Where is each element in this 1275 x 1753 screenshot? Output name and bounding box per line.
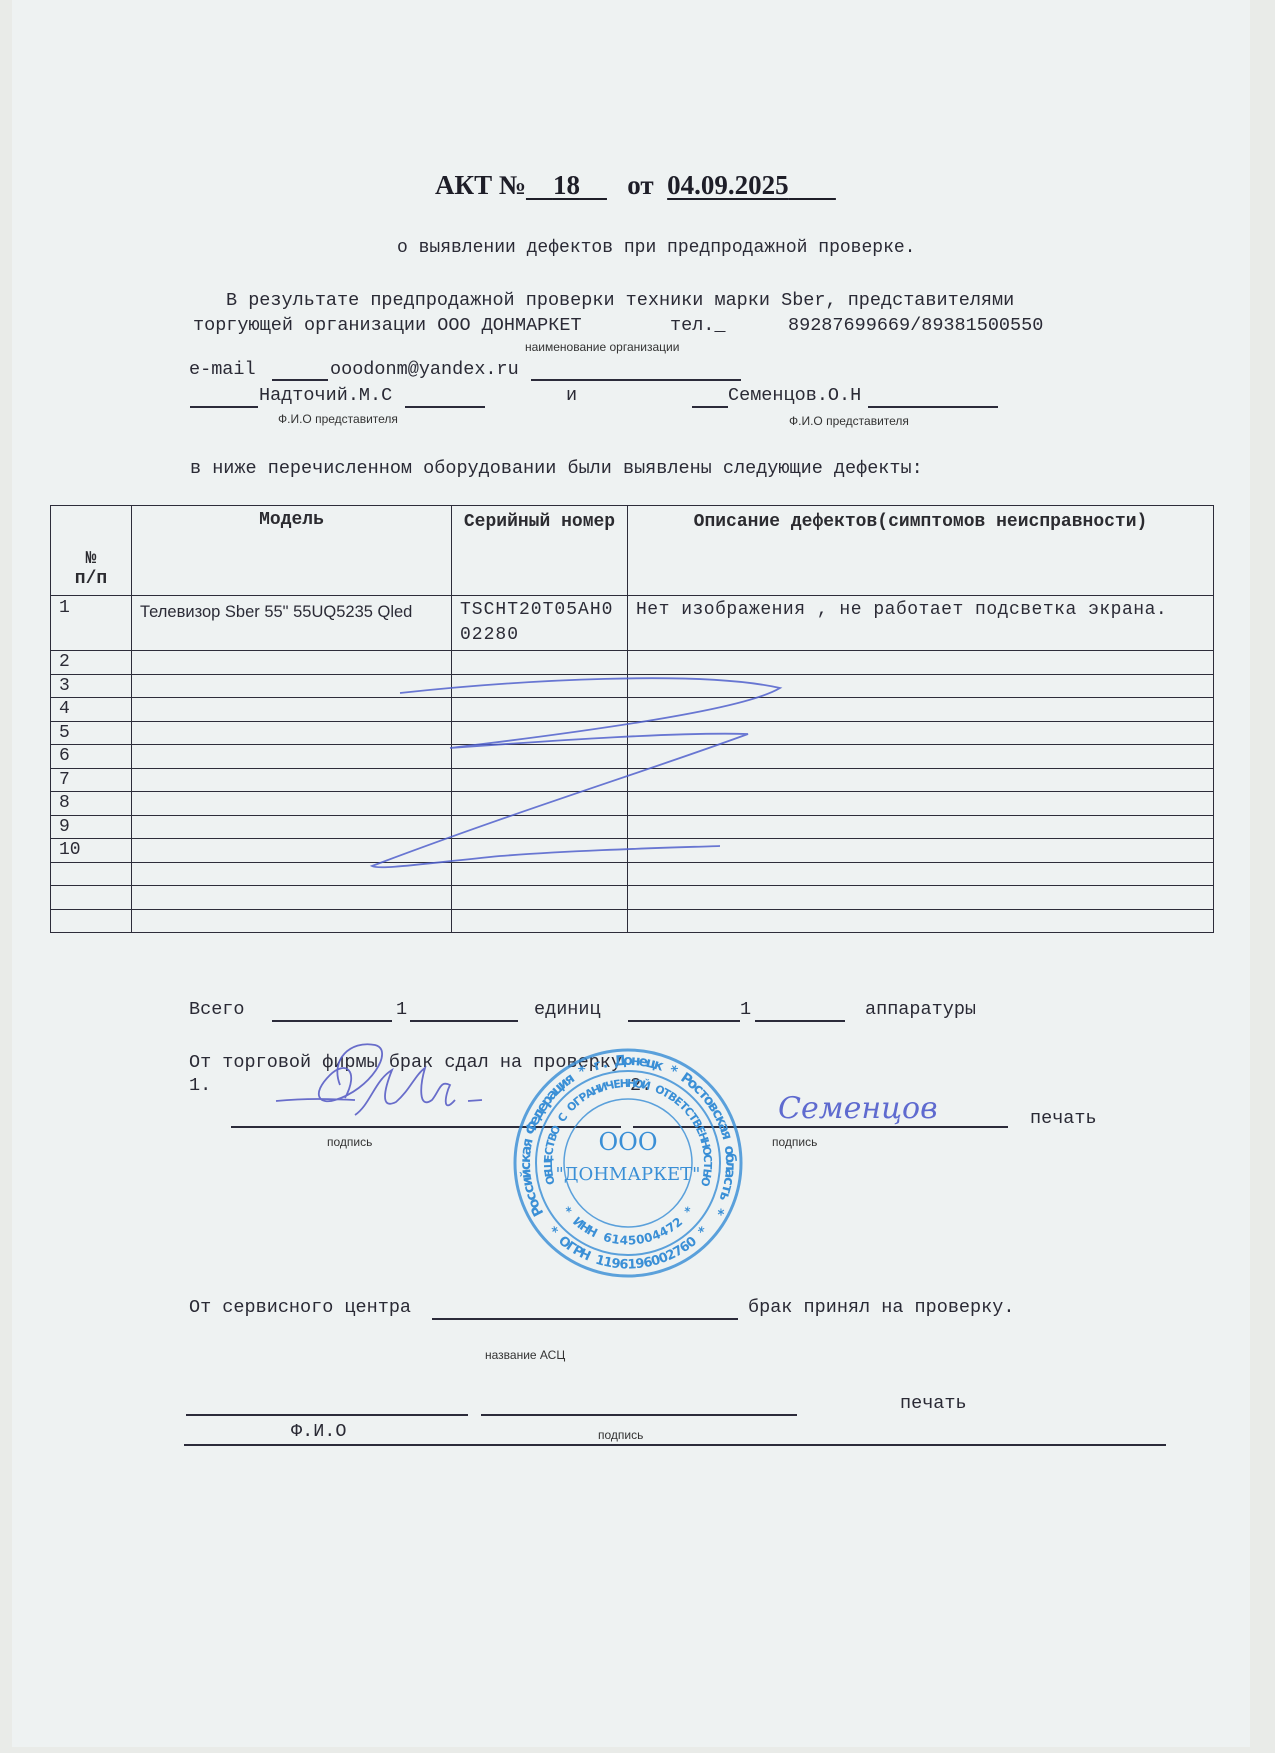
row-num: 4	[51, 698, 132, 722]
row-description	[628, 909, 1214, 933]
table-row: 3	[51, 674, 1214, 698]
act-subtitle: о выявлении дефектов при предпродажной п…	[397, 238, 915, 258]
service-signature-caption: подпись	[598, 1428, 643, 1442]
row-description: Нет изображения , не работает подсветка …	[628, 596, 1214, 651]
table-row: 1Телевизор Sber 55" 55UQ5235 QledTSCHT20…	[51, 596, 1214, 651]
row-model	[132, 745, 452, 769]
row-model	[132, 815, 452, 839]
org-line: торгующей организации ООО ДОНМАРКЕТ	[193, 315, 582, 336]
table-row: 8	[51, 792, 1214, 816]
header-model: Модель	[132, 506, 452, 596]
service-text-after: брак принял на проверку.	[748, 1297, 1014, 1318]
equipment-count: 1	[740, 999, 751, 1020]
org-caption: наименование организации	[525, 340, 679, 354]
table-row: 5	[51, 721, 1214, 745]
row-description	[628, 862, 1214, 886]
email-label: e-mail	[189, 359, 256, 380]
act-number: 18	[526, 170, 607, 200]
service-text-before: От сервисного центра	[189, 1297, 411, 1318]
row-serial	[452, 815, 628, 839]
phone-label: тел.	[670, 315, 726, 336]
totals-label: Всего	[189, 999, 245, 1020]
handover-item-2: 2.	[630, 1075, 652, 1096]
defects-table: № п/п Модель Серийный номер Описание деф…	[50, 505, 1214, 933]
org-name: ООО ДОНМАРКЕТ	[437, 315, 581, 336]
email-value: ooodonm@yandex.ru	[330, 359, 519, 380]
row-model	[132, 839, 452, 863]
row-description	[628, 674, 1214, 698]
table-row: 7	[51, 768, 1214, 792]
row-num: 7	[51, 768, 132, 792]
row-description	[628, 698, 1214, 722]
row-num: 2	[51, 651, 132, 675]
representative-2-name: Семенцов.О.Н	[728, 385, 861, 406]
service-stamp-label: печать	[900, 1393, 967, 1414]
row-model	[132, 651, 452, 675]
row-model	[132, 886, 452, 910]
table-row: 4	[51, 698, 1214, 722]
table-row: 9	[51, 815, 1214, 839]
row-serial	[452, 745, 628, 769]
row-serial	[452, 651, 628, 675]
act-title: АКТ № 18 от 04.09.2025	[435, 170, 836, 201]
row-serial	[452, 862, 628, 886]
signature-2-caption: подпись	[772, 1135, 817, 1149]
equipment-label: аппаратуры	[865, 999, 976, 1020]
and-word: и	[566, 385, 577, 406]
date-prefix: от	[627, 170, 653, 200]
row-serial	[452, 721, 628, 745]
handover-item-1: 1.	[189, 1075, 211, 1096]
row-model	[132, 698, 452, 722]
header-serial: Серийный номер	[452, 506, 628, 596]
row-description	[628, 886, 1214, 910]
asc-caption: название АСЦ	[485, 1348, 565, 1362]
table-row: 2	[51, 651, 1214, 675]
row-num: 8	[51, 792, 132, 816]
row-serial	[452, 768, 628, 792]
row-description	[628, 792, 1214, 816]
table-row	[51, 886, 1214, 910]
row-description	[628, 768, 1214, 792]
defects-intro: в ниже перечисленном оборудовании были в…	[190, 458, 923, 479]
row-model	[132, 721, 452, 745]
row-model	[132, 768, 452, 792]
row-num	[51, 909, 132, 933]
row-num: 6	[51, 745, 132, 769]
row-num	[51, 862, 132, 886]
row-description	[628, 839, 1214, 863]
row-num	[51, 886, 132, 910]
title-prefix: АКТ №	[435, 170, 526, 200]
row-serial	[452, 909, 628, 933]
row-model	[132, 674, 452, 698]
row-description	[628, 721, 1214, 745]
stamp-label: печать	[1030, 1108, 1097, 1129]
row-model: Телевизор Sber 55" 55UQ5235 Qled	[132, 596, 452, 651]
row-serial	[452, 839, 628, 863]
rep1-caption: Ф.И.О представителя	[278, 412, 398, 426]
row-model	[132, 909, 452, 933]
row-num: 1	[51, 596, 132, 651]
header-num: № п/п	[51, 506, 132, 596]
row-serial	[452, 698, 628, 722]
units-count: 1	[396, 999, 407, 1020]
phone-value: 89287699669/89381500550	[788, 315, 1043, 336]
table-row	[51, 862, 1214, 886]
row-model	[132, 792, 452, 816]
handover-text: От торговой фирмы брак сдал на проверку	[189, 1052, 622, 1073]
row-num: 3	[51, 674, 132, 698]
table-header-row: № п/п Модель Серийный номер Описание деф…	[51, 506, 1214, 596]
row-serial: TSCHT20T05AH002280	[452, 596, 628, 651]
table-row: 10	[51, 839, 1214, 863]
fio-caption: Ф.И.О	[291, 1421, 347, 1442]
row-serial	[452, 886, 628, 910]
units-label: единиц	[534, 999, 601, 1020]
row-model	[132, 862, 452, 886]
row-serial	[452, 792, 628, 816]
row-num: 9	[51, 815, 132, 839]
row-description	[628, 815, 1214, 839]
rep2-caption: Ф.И.О представителя	[789, 414, 909, 428]
representative-1-name: Надточий.М.С	[259, 385, 392, 406]
intro-line: В результате предпродажной проверки техн…	[226, 290, 1014, 311]
row-description	[628, 651, 1214, 675]
table-row	[51, 909, 1214, 933]
signature-1-caption: подпись	[327, 1135, 372, 1149]
table-row: 6	[51, 745, 1214, 769]
row-num: 5	[51, 721, 132, 745]
act-date: 04.09.2025	[667, 170, 836, 200]
row-num: 10	[51, 839, 132, 863]
header-description: Описание дефектов(симптомов неисправност…	[628, 506, 1214, 596]
row-description	[628, 745, 1214, 769]
row-serial	[452, 674, 628, 698]
